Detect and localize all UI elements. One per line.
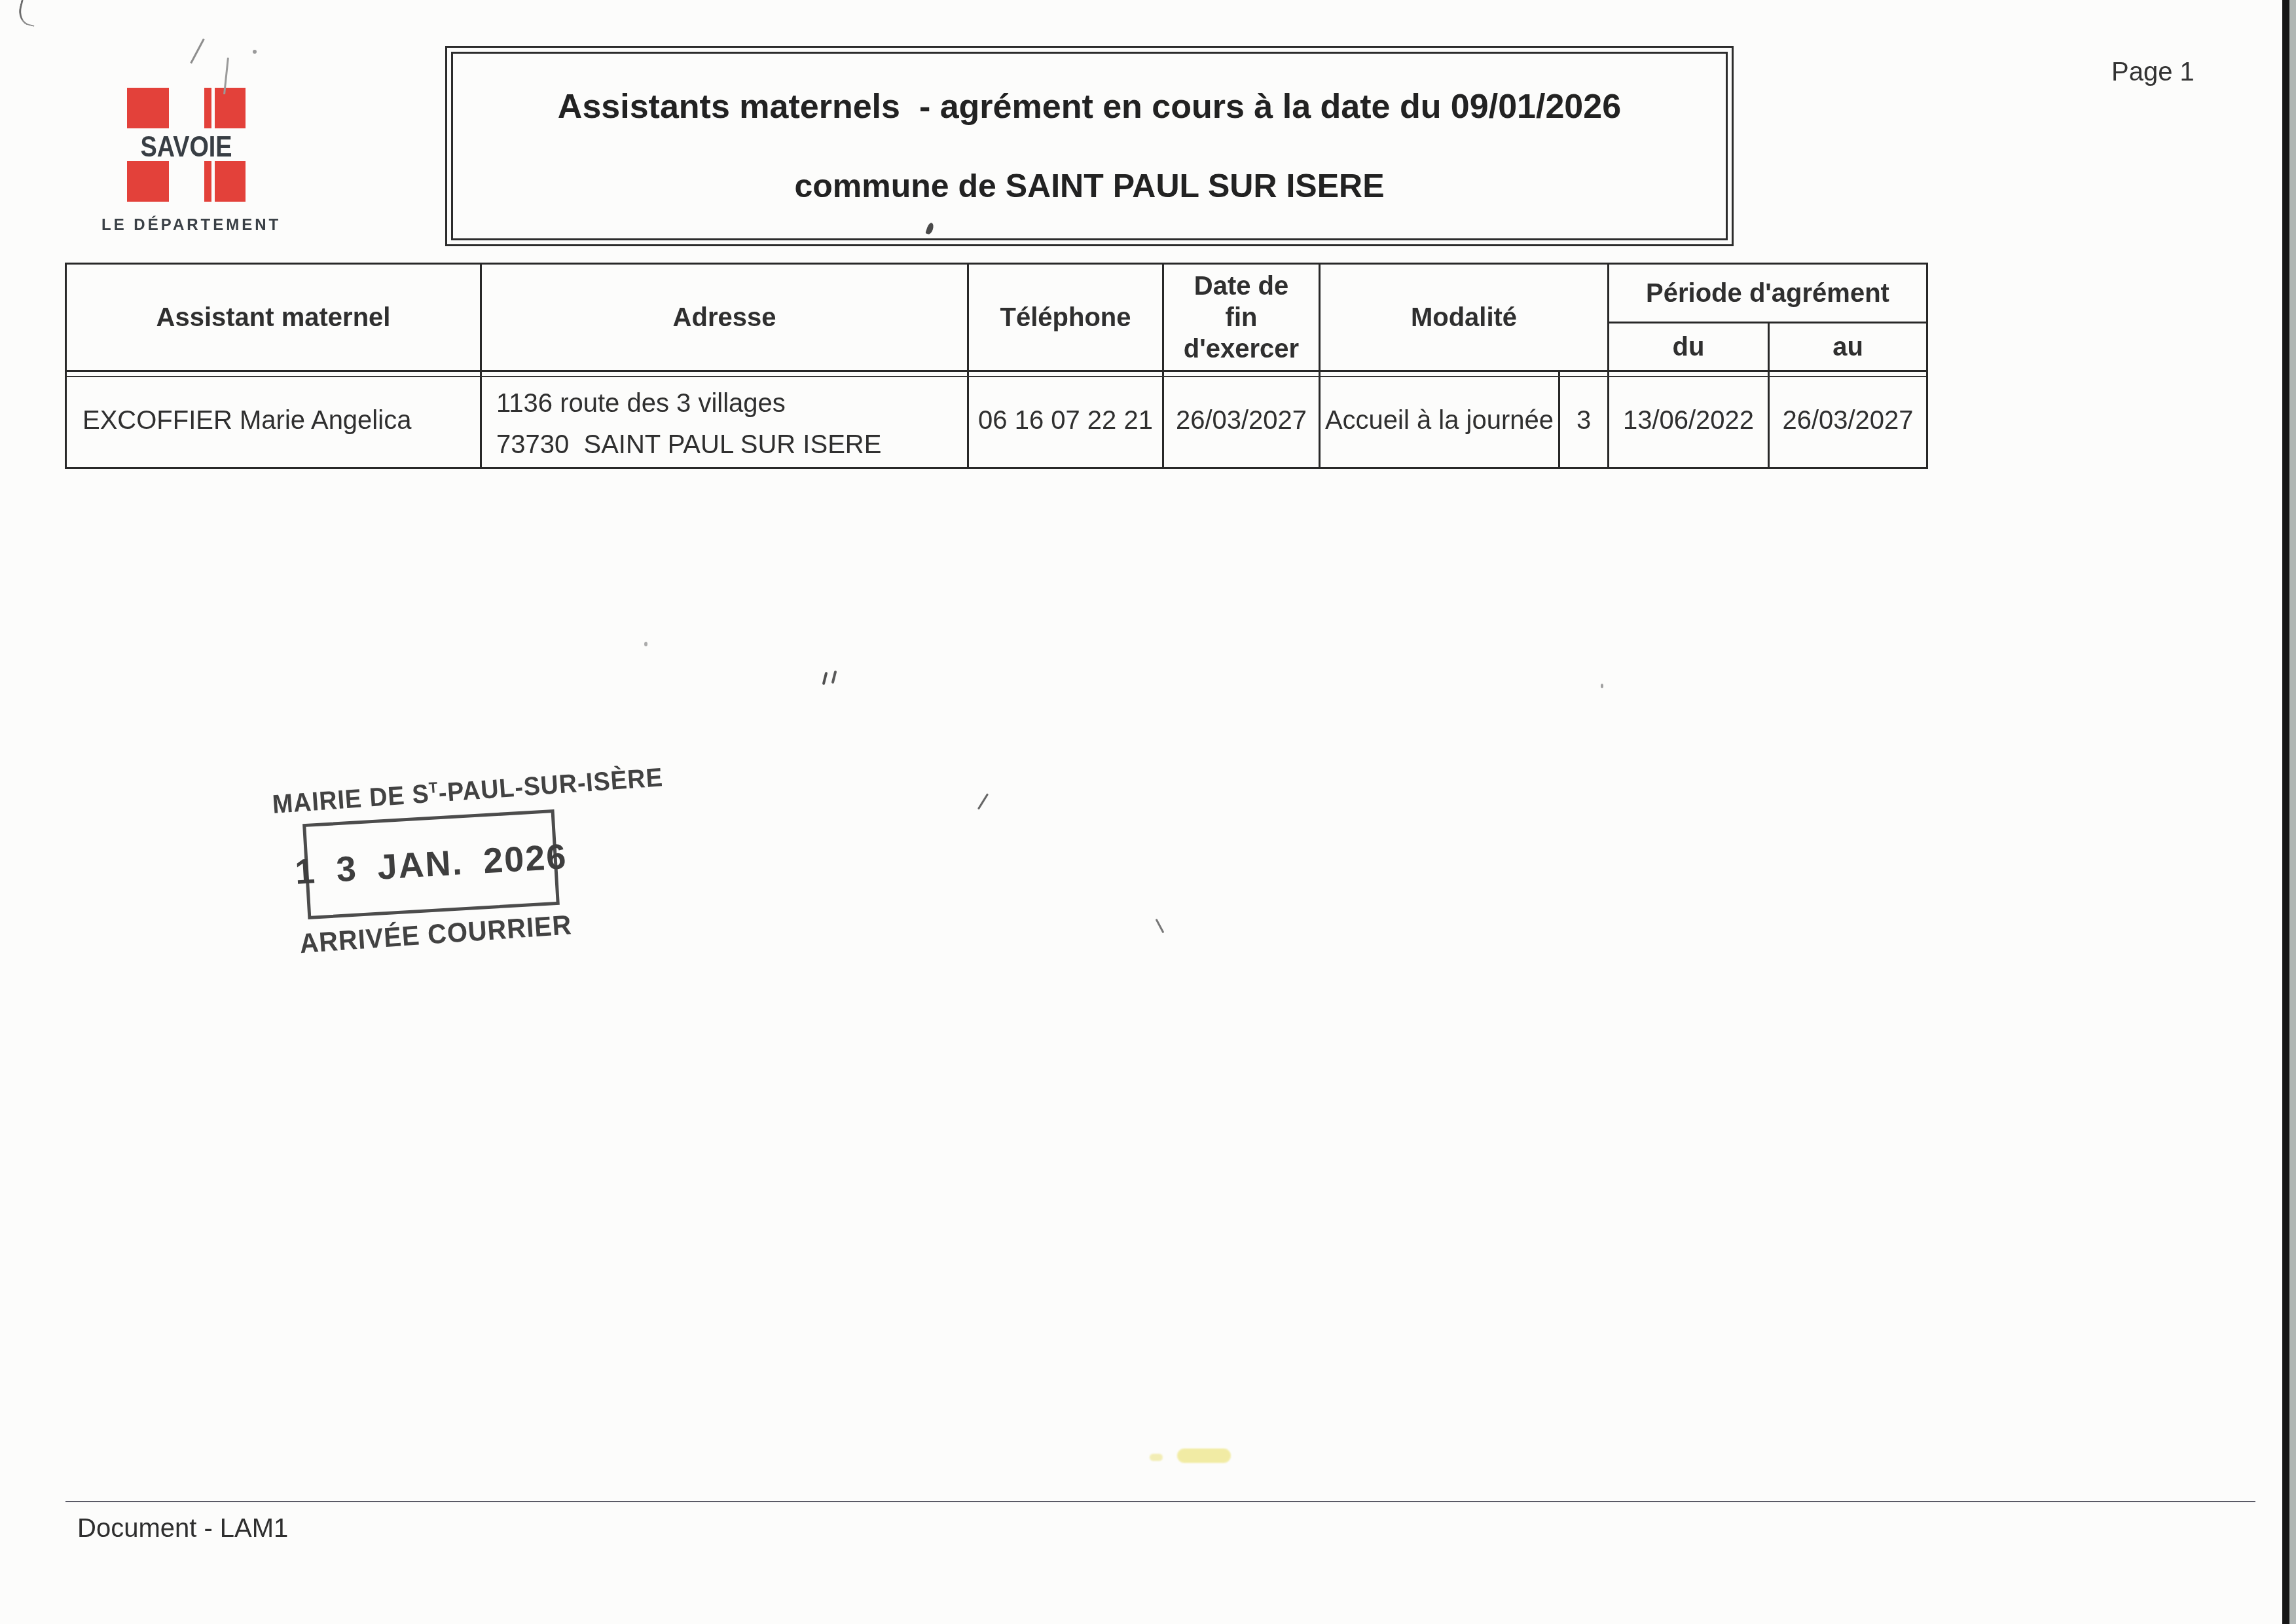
- col-header-periode-agrement-group: Période d'agrément du au: [1609, 265, 1926, 370]
- savoie-department-logo: SAVOIE LE DÉPARTEMENT: [101, 77, 285, 241]
- scan-artifact-backslash: [1156, 919, 1165, 934]
- table-row: EXCOFFIER Marie Angelica 1136 route des …: [67, 372, 1926, 469]
- stamp-mairie-prefix: MAIRIE DE S: [271, 779, 430, 819]
- assistants-table: Assistant maternel Adresse Téléphone Dat…: [65, 263, 1928, 469]
- cell-date-fin: 26/03/2027: [1164, 372, 1321, 469]
- col-header-au: au: [1770, 323, 1926, 370]
- footer-document-label: Document - LAM1: [77, 1514, 288, 1543]
- cell-adresse: 1136 route des 3 villages 73730 SAINT PA…: [482, 372, 969, 469]
- scan-artifact-tick-1: [822, 672, 828, 685]
- title-box: Assistants maternels - agrément en cours…: [445, 46, 1734, 246]
- scan-edge-border: [2289, 0, 2296, 1624]
- adresse-city: 73730 SAINT PAUL SUR ISERE: [496, 430, 881, 460]
- adresse-street: 1136 route des 3 villages: [496, 389, 786, 418]
- cell-periode-au: 26/03/2027: [1770, 372, 1926, 469]
- table-header-row: Assistant maternel Adresse Téléphone Dat…: [67, 265, 1926, 372]
- col-header-du: du: [1609, 323, 1770, 370]
- scan-edge-shadow: [2282, 0, 2289, 1624]
- cell-modalite-capacity: 3: [1560, 372, 1609, 469]
- logo-subtitle: LE DÉPARTEMENT: [101, 216, 273, 234]
- scan-artifact-yellow-smudge-2: [1150, 1454, 1163, 1461]
- stamp-date: 1 3 JAN. 2026: [293, 836, 568, 893]
- scanned-document-page: SAVOIE LE DÉPARTEMENT Assistants materne…: [0, 0, 2296, 1624]
- scan-artifact-dot-3: [1601, 684, 1603, 688]
- document-subtitle-commune: commune de SAINT PAUL SUR ISERE: [794, 167, 1384, 205]
- logo-white-cross-stripe-bottom: [211, 161, 215, 202]
- logo-red-square-bottom-left: [127, 161, 169, 202]
- periode-subheader-row: du au: [1609, 323, 1926, 370]
- logo-savoie-wordmark: SAVOIE: [136, 131, 238, 164]
- page-number-label: Page 1: [2111, 58, 2195, 87]
- header-double-rule: [67, 376, 1926, 377]
- title-box-inner-border: Assistants maternels - agrément en cours…: [451, 52, 1728, 240]
- mairie-arrival-stamp: MAIRIE DE ST-PAUL-SUR-ISÈRE 1 3 JAN. 202…: [261, 768, 600, 962]
- col-header-modalite: Modalité: [1321, 265, 1609, 370]
- cell-assistant-name: EXCOFFIER Marie Angelica: [67, 372, 482, 469]
- stamp-date-box: 1 3 JAN. 2026: [302, 809, 560, 919]
- col-header-periode-agrement: Période d'agrément: [1609, 265, 1926, 323]
- cell-modalite: Accueil à la journée: [1321, 372, 1560, 469]
- scan-artifact-dot-1: [253, 50, 257, 54]
- scan-artifact-slash: [977, 793, 989, 809]
- cell-periode-du: 13/06/2022: [1609, 372, 1770, 469]
- logo-red-square-bottom-right: [204, 161, 246, 202]
- col-header-adresse: Adresse: [482, 265, 969, 370]
- document-title: Assistants maternels - agrément en cours…: [558, 87, 1621, 126]
- cell-telephone: 06 16 07 22 21: [969, 372, 1164, 469]
- logo-white-cross-stripe-top: [211, 88, 215, 128]
- scan-artifact-pen-curl: [16, 0, 40, 27]
- scan-artifact-dot-2: [644, 642, 647, 646]
- col-header-date-fin-exercer: Date de fin d'exercer: [1164, 265, 1321, 370]
- scan-artifact-stroke-1: [190, 39, 204, 64]
- scan-artifact-yellow-smudge-1: [1177, 1449, 1231, 1463]
- stamp-mairie-suffix: -PAUL-SUR-ISÈRE: [437, 763, 664, 807]
- logo-red-square-top-left: [127, 88, 169, 128]
- col-header-assistant-maternel: Assistant maternel: [67, 265, 482, 370]
- col-header-telephone: Téléphone: [969, 265, 1164, 370]
- scan-artifact-tick-2: [831, 671, 837, 684]
- footer-divider: [65, 1501, 2255, 1502]
